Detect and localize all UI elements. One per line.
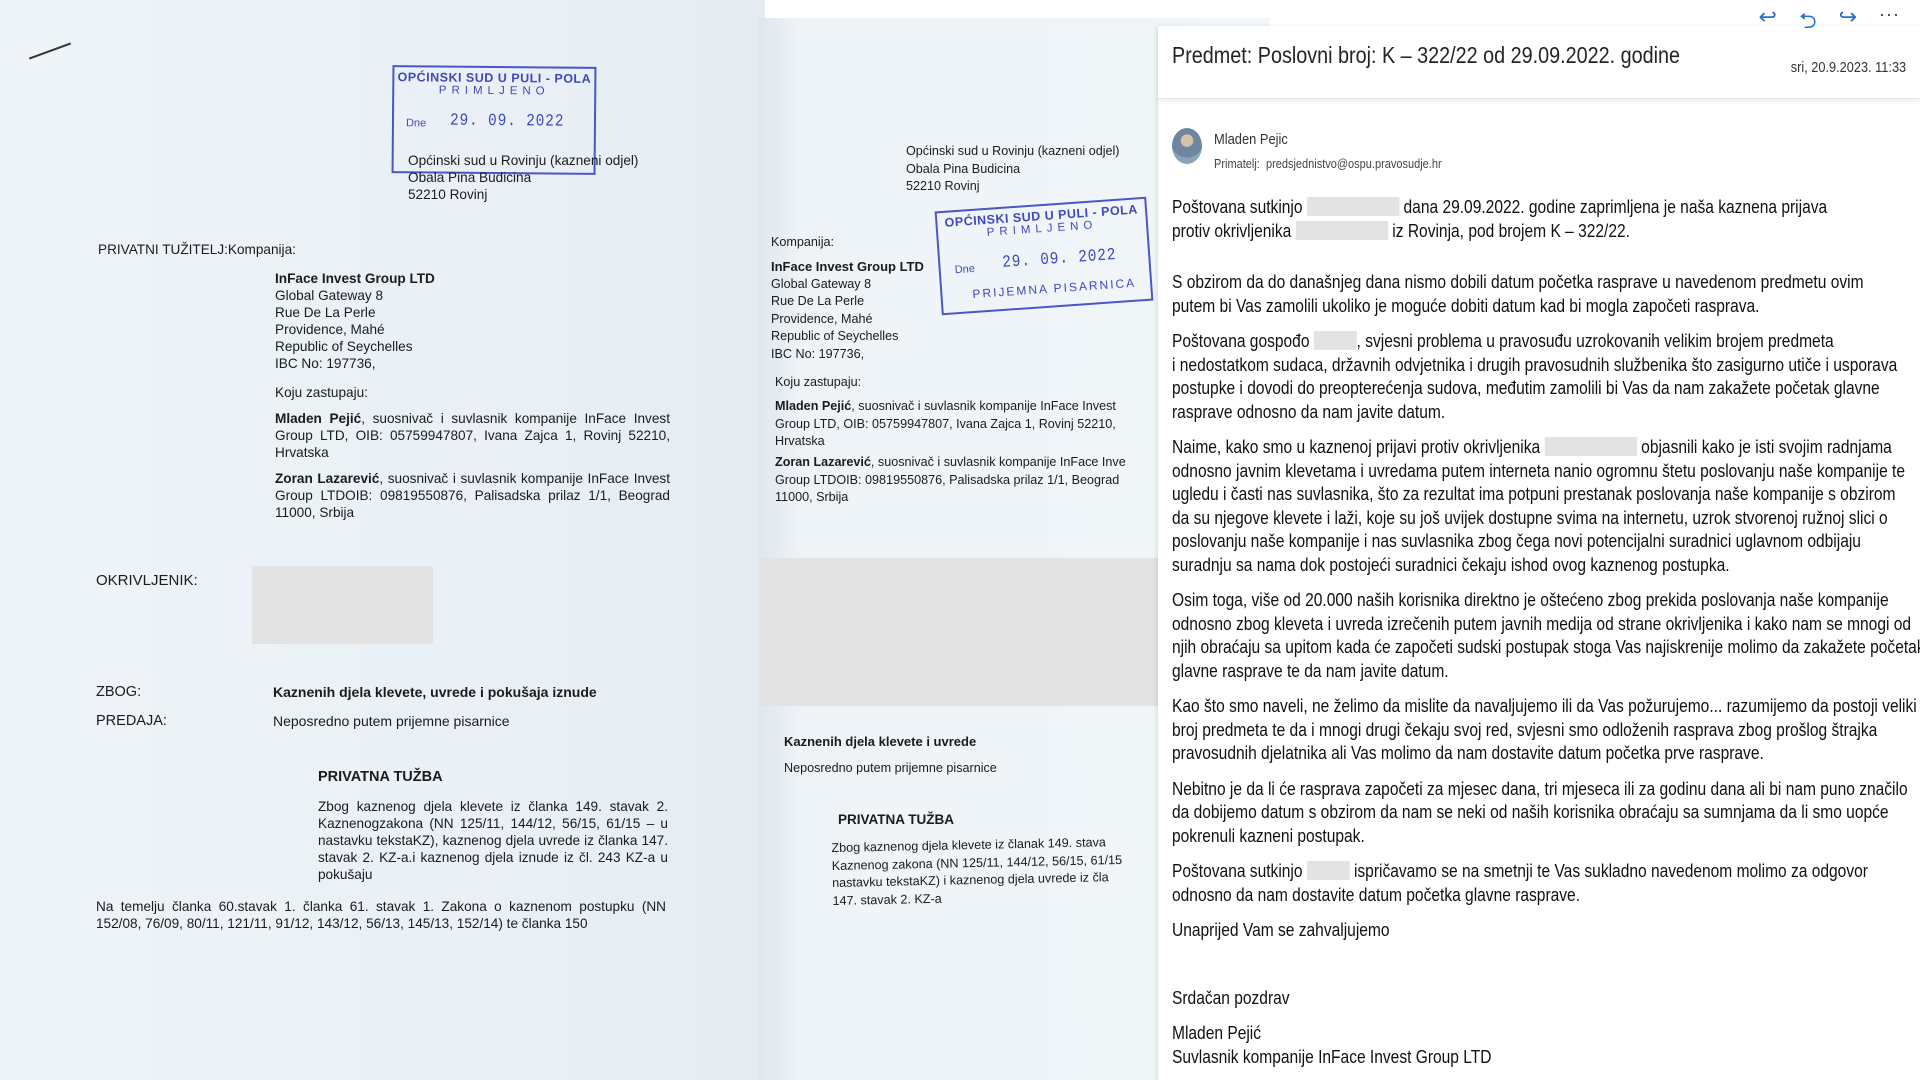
stamp-footer: PRIJEMNA PISARNICA bbox=[972, 276, 1137, 301]
recipient-address[interactable]: predsjednistvo@ospu.pravosudje.hr bbox=[1266, 157, 1442, 171]
stamp-date-label: Dne bbox=[954, 263, 975, 276]
sender-name[interactable]: Mladen Pejic bbox=[1214, 131, 1288, 148]
rep1-line: Hrvatska bbox=[775, 433, 1116, 451]
scanned-document-page-1: OPĆINSKI SUD U PULI - POLA PRIMLJENO Dne… bbox=[0, 0, 765, 1080]
body-line: Kao što smo naveli, ne želimo da mislite… bbox=[1172, 695, 1812, 719]
thanks-line: Unaprijed Vam se zahvaljujemo bbox=[1172, 919, 1812, 943]
body-line: pokrenuli kazneni postupak. bbox=[1172, 825, 1812, 849]
address-line: Rue De La Perle bbox=[275, 304, 435, 321]
company-name: InFace Invest Group LTD bbox=[275, 270, 435, 287]
representative-1: Mladen Pejić, suosnivač i suvlasnik komp… bbox=[275, 410, 670, 461]
body-line: broj predmeta te da i mnogi drugi čekaju… bbox=[1172, 719, 1812, 743]
rep1-line: Group LTD, OIB: 05759947807, Ivana Zajca… bbox=[775, 416, 1116, 434]
stamp-date-label: Dne bbox=[406, 117, 426, 129]
delivery-label: PREDAJA: bbox=[96, 713, 167, 729]
represented-by-label: Koju zastupaju: bbox=[775, 374, 861, 392]
address-line: Republic of Seychelles bbox=[275, 338, 435, 355]
signature-name: Mladen Pejić bbox=[1172, 1022, 1812, 1046]
lawsuit-text: Zbog kaznenog djela klevete iz članak 14… bbox=[831, 834, 1123, 910]
address-line: Republic of Seychelles bbox=[771, 328, 924, 346]
representative-2: Zoran Lazarević, suosnivač i suvlasnik k… bbox=[775, 454, 1126, 507]
body-line: i nedostatkom sudaca, državnih odvjetnik… bbox=[1172, 354, 1812, 378]
stamp-date: 29. 09. 2022 bbox=[450, 112, 564, 132]
address-line: Providence, Mahé bbox=[275, 321, 435, 338]
company-name: InFace Invest Group LTD bbox=[771, 258, 924, 276]
redacted-judge-name bbox=[1307, 861, 1350, 880]
redacted-defendant-name bbox=[1296, 221, 1388, 240]
body-line: ugledu i časti nas suvlasnika, što za re… bbox=[1172, 483, 1812, 507]
addressee-block: Općinski sud u Rovinju (kazneni odjel) O… bbox=[906, 143, 1120, 196]
address-line: Rue De La Perle bbox=[771, 293, 924, 311]
rep1-line: , suosnivač i suvlasnik kompanije InFace… bbox=[851, 399, 1116, 413]
company-block: InFace Invest Group LTD Global Gateway 8… bbox=[275, 270, 435, 372]
body-line: Nebitno je da li će rasprava započeti za… bbox=[1172, 778, 1812, 802]
lawsuit-title: PRIVATNA TUŽBA bbox=[838, 812, 954, 827]
body-line: Osim toga, više od 20.000 naših korisnik… bbox=[1172, 589, 1812, 613]
body-line: S obzirom da do današnjeg dana nismo dob… bbox=[1172, 271, 1812, 295]
recipient-label: Primatelj: bbox=[1214, 157, 1260, 171]
email-reading-pane: ↩ ⮌ ↪ ··· Predmet: Poslovni broj: K – 32… bbox=[1158, 26, 1920, 1080]
stamp-status: PRIMLJENO bbox=[394, 84, 594, 98]
stamp-court: OPĆINSKI SUD U PULI - POLA bbox=[394, 70, 594, 86]
body-line: Naime, kako smo u kaznenoj prijavi proti… bbox=[1172, 436, 1812, 460]
court-stamp: OPĆINSKI SUD U PULI - POLA PRIMLJENO Dne… bbox=[935, 197, 1154, 316]
reason-value: Kaznenih djela klevete, uvrede i pokušaj… bbox=[273, 684, 597, 700]
body-line: Poštovana sutkinjo ispričavamo se na sme… bbox=[1172, 860, 1812, 884]
address-line: Providence, Mahé bbox=[771, 311, 924, 329]
body-line: njih obraćaju sa upitom kada će započeti… bbox=[1172, 636, 1812, 660]
company-block: InFace Invest Group LTD Global Gateway 8… bbox=[771, 258, 924, 363]
redacted-judge-name bbox=[1307, 197, 1399, 216]
representative-1: Mladen Pejić, suosnivač i suvlasnik komp… bbox=[775, 398, 1116, 451]
rep2-line: , suosnivač i suvlasnik kompanije InFace… bbox=[871, 455, 1126, 469]
email-body: Poštovana sutkinjo dana 29.09.2022. godi… bbox=[1172, 196, 1920, 1069]
body-line: da su njegove klevete i laži, koje su jo… bbox=[1172, 507, 1812, 531]
lawsuit-text: Zbog kaznenog djela klevete iz članka 14… bbox=[318, 798, 668, 883]
email-date: sri, 20.9.2023. 11:33 bbox=[1791, 60, 1906, 76]
rep2-name: Zoran Lazarević bbox=[775, 455, 871, 469]
rep2-line: 11000, Srbija bbox=[775, 489, 1126, 507]
rep2-name: Zoran Lazarević bbox=[275, 471, 379, 486]
body-line: rasprave odnosno da nam javite datum. bbox=[1172, 401, 1812, 425]
stamp-date: 29. 09. 2022 bbox=[1002, 246, 1117, 273]
plaintiff-label: PRIVATNI TUŽITELJ:Kompanija: bbox=[98, 241, 296, 258]
recipient-line: Primatelj: predsjednistvo@ospu.pravosudj… bbox=[1214, 157, 1442, 171]
address-line: IBC No: 197736, bbox=[771, 346, 924, 364]
body-line: Poštovana sutkinjo dana 29.09.2022. godi… bbox=[1172, 196, 1812, 220]
addressee-block: Općinski sud u Rovinju (kazneni odjel) O… bbox=[408, 152, 638, 203]
body-line: putem bi Vas zamolili ukoliko je moguće … bbox=[1172, 295, 1812, 319]
pen-mark bbox=[29, 43, 71, 60]
legal-basis-text: Na temelju članka 60.stavak 1. članka 61… bbox=[96, 898, 666, 932]
lawsuit-title: PRIVATNA TUŽBA bbox=[318, 769, 443, 785]
body-line: odnosno zbog kleveta i uvreda izrečenih … bbox=[1172, 613, 1812, 637]
closing-line: Srdačan pozdrav bbox=[1172, 987, 1812, 1011]
body-line: pravosudnih djelatnika ali Vas molimo da… bbox=[1172, 742, 1812, 766]
sender-avatar[interactable] bbox=[1172, 128, 1202, 164]
address-line: Global Gateway 8 bbox=[275, 287, 435, 304]
body-line: odnosno da nam dostavite datum početka g… bbox=[1172, 884, 1812, 908]
addressee-line: Obala Pina Budicina bbox=[906, 161, 1120, 179]
email-subject: Predmet: Poslovni broj: K – 322/22 od 29… bbox=[1172, 42, 1680, 69]
signature-title: Suvlasnik kompanije InFace Invest Group … bbox=[1172, 1046, 1812, 1070]
addressee-line: Općinski sud u Rovinju (kazneni odjel) bbox=[906, 143, 1120, 161]
represented-by-label: Koju zastupaju: bbox=[275, 384, 368, 401]
addressee-line: 52210 Rovinj bbox=[906, 178, 1120, 196]
body-line: odnosno javnim klevetama i uvredama pute… bbox=[1172, 460, 1812, 484]
addressee-line: Obala Pina Budicina bbox=[408, 169, 638, 186]
rep1-name: Mladen Pejić bbox=[775, 399, 851, 413]
rep2-line: Group LTDOIB: 09819550876, Palisadska pr… bbox=[775, 472, 1126, 490]
body-line: poslovanju naše kompanije i nas suvlasni… bbox=[1172, 530, 1812, 554]
body-line: postupke i dovodi do preopterećenja sudo… bbox=[1172, 377, 1812, 401]
body-line: suradnju sa nama dok postojeći suradnici… bbox=[1172, 554, 1812, 578]
reason-label: ZBOG: bbox=[96, 684, 141, 700]
delivery-value: Neposredno putem prijemne pisarnice bbox=[273, 713, 510, 729]
email-header: Predmet: Poslovni broj: K – 322/22 od 29… bbox=[1158, 26, 1920, 99]
defendant-label: OKRIVLJENIK: bbox=[96, 572, 198, 589]
delivery-value: Neposredno putem prijemne pisarnice bbox=[784, 760, 997, 778]
addressee-line: 52210 Rovinj bbox=[408, 186, 638, 203]
body-line: da dobijemo datum s obzirom da nam se ne… bbox=[1172, 801, 1812, 825]
body-line: Poštovana gospođo , svjesni problema u p… bbox=[1172, 330, 1812, 354]
rep1-name: Mladen Pejić bbox=[275, 411, 361, 426]
reason-value: Kaznenih djela klevete i uvrede bbox=[784, 734, 976, 749]
company-label: Kompanija: bbox=[771, 234, 834, 252]
redacted-defendant-name bbox=[252, 566, 433, 644]
body-line: glavne rasprave te da nam javite datum. bbox=[1172, 660, 1812, 684]
redacted-name bbox=[1314, 331, 1357, 350]
addressee-line: Općinski sud u Rovinju (kazneni odjel) bbox=[408, 152, 638, 169]
address-line: IBC No: 197736, bbox=[275, 355, 435, 372]
representative-2: Zoran Lazarević, suosnivač i suvlasnik k… bbox=[275, 470, 670, 521]
body-line: protiv okrivljenika iz Rovinja, pod broj… bbox=[1172, 220, 1812, 244]
redacted-defendant-name bbox=[1545, 437, 1637, 456]
address-line: Global Gateway 8 bbox=[771, 276, 924, 294]
